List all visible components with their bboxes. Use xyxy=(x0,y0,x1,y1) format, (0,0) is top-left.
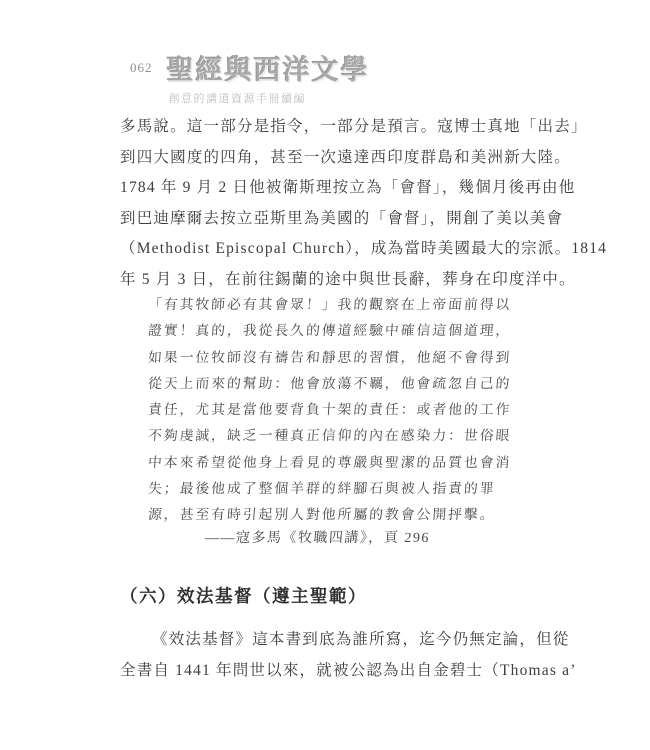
body-line: （Methodist Episcopal Church），成為當時美國最大的宗派… xyxy=(120,234,550,265)
body-line: 1784 年 9 月 2 日他被衛斯理按立為「會督」，幾個月後再由他 xyxy=(120,173,550,204)
body-line: 到巴迪摩爾去按立亞斯里為美國的「會督」，開創了美以美會 xyxy=(120,204,550,235)
quote-line: 不夠虔誠，缺乏一種真正信仰的內在感染力：世俗眼 xyxy=(147,423,539,449)
page-number: 062 xyxy=(130,60,153,76)
body-line: 年 5 月 3 日，在前往錫蘭的途中與世長辭，葬身在印度洋中。 xyxy=(120,265,550,296)
closing-paragraph: 《效法基督》這本書到底為誰所寫，迄今仍無定論，但從 全書自 1441 年問世以來… xyxy=(120,624,552,686)
quote-line: 如果一位牧師沒有禱告和靜思的習慣，他絕不會得到 xyxy=(147,345,539,371)
section-heading: （六）效法基督（遵主聖範） xyxy=(120,583,367,608)
quotation-block: 「有其牧師必有其會眾！」我的觀察在上帝面前得以 證實！真的，我從長久的傳道經驗中… xyxy=(148,292,538,529)
quote-line: 失；最後他成了整個羊群的絆腳石與被人指責的罪 xyxy=(147,476,539,502)
quote-line: 從天上而來的幫助：他會放蕩不羈，他會疏忽自己的 xyxy=(147,371,539,397)
quote-line: 證實！真的，我從長久的傳道經驗中確信這個道理， xyxy=(147,318,539,344)
book-title: 聖經與西洋文學 xyxy=(167,48,370,87)
header-title-block: 聖經與西洋文學 創意的講道資源手冊續編 xyxy=(167,48,370,106)
closing-line: 全書自 1441 年問世以來，就被公認為出自金碧士（Thomas a’ xyxy=(120,655,552,686)
closing-line: 《效法基督》這本書到底為誰所寫，迄今仍無定論，但從 xyxy=(120,624,552,655)
quote-line: 「有其牧師必有其會眾！」我的觀察在上帝面前得以 xyxy=(147,292,539,318)
book-page: 062 聖經與西洋文學 創意的講道資源手冊續編 多馬說。這一部分是指令，一部分是… xyxy=(0,0,650,750)
quote-line: 源，甚至有時引起別人對他所屬的教會公開抨擊。 xyxy=(147,502,539,528)
book-subtitle: 創意的講道資源手冊續編 xyxy=(169,90,370,106)
quote-line: 責任，尤其是當他要背負十架的責任：或者他的工作 xyxy=(147,397,539,423)
body-paragraph: 多馬說。這一部分是指令，一部分是預言。寇博士真地「出去」 到四大國度的四角，甚至… xyxy=(120,112,550,296)
quote-attribution: ——寇多馬《牧職四講》，頁 296 xyxy=(204,527,430,547)
quote-line: 中本來希望從他身上看見的尊嚴與聖潔的品質也會消 xyxy=(147,450,539,476)
body-line: 多馬說。這一部分是指令，一部分是預言。寇博士真地「出去」 xyxy=(120,112,550,143)
body-line: 到四大國度的四角，甚至一次遠達西印度群島和美洲新大陸。 xyxy=(120,143,550,174)
page-header: 062 聖經與西洋文學 創意的講道資源手冊續編 xyxy=(130,48,370,106)
